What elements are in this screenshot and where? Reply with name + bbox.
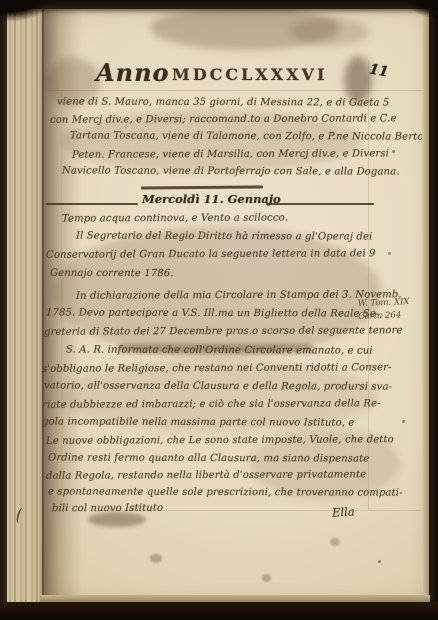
entry-line: e spontaneamente quelle sole prescrizion…: [48, 486, 403, 498]
paper-spot: [150, 554, 162, 563]
arrival-line: con Mercj div.e, e Diversi; raccomand.to…: [50, 113, 397, 126]
year-roman-numerals: MDCCLXXXVI: [172, 65, 327, 84]
photo-frame-right: [429, 0, 438, 620]
entry-line: Ordine resti fermo quanto alla Clausura,…: [48, 452, 369, 464]
entry-line: gola incompatibile nella massima parte c…: [42, 416, 355, 428]
ink-dot: [378, 560, 381, 563]
photo-frame-bottom: [0, 602, 438, 620]
entry-line: Conservatorij del Gran Ducato la seguent…: [46, 248, 376, 260]
entry-line: s'obbligano le Religiose, che restano ne…: [42, 362, 392, 375]
photo-frame-corner-tl: [0, 0, 70, 30]
arrival-line: Navicello Toscano, viene di Portoferrajo…: [62, 165, 400, 177]
ink-dot: [392, 150, 395, 153]
ink-dot: [402, 420, 405, 423]
entry-line: greteria di Stato dei 27 Decembre pros.o…: [44, 325, 403, 338]
ink-showthrough-stain: [290, 18, 370, 46]
ink-dot: [388, 252, 391, 255]
entry-line: Il Segretario del Regio Diritto hà rimes…: [76, 230, 372, 242]
photo-frame-left: [0, 0, 7, 620]
arrival-line: Tartana Toscana, viene di Talamone, con …: [70, 130, 437, 142]
folio-page-number: 11: [368, 61, 390, 80]
margin-note-line2: Carta 264: [358, 309, 410, 324]
margin-note-line1: W. Tom. XIX: [358, 296, 410, 311]
entry-line: In dichiarazione della mia Circolare in …: [76, 289, 402, 301]
year-heading-script: Anno: [96, 58, 170, 87]
entry-line: bili col nuovo Istituto: [52, 503, 163, 514]
paper-spot: [330, 538, 340, 546]
entry-line: dalla Regola, restando nella libertà d'o…: [46, 469, 366, 481]
paper-spot: [262, 574, 271, 582]
section-divider-left: [46, 203, 138, 205]
catchword: Ella: [332, 504, 355, 519]
entry-line: riate dubbiezze ed imbarazzi; e ciò che …: [42, 398, 381, 410]
entry-line: 1785. Devo partecipare a V.S. Ill.ma un …: [46, 307, 380, 319]
entry-date-heading: Mercoldì 11. Gennajo: [142, 192, 281, 206]
photo-frame-corner-tr: [398, 0, 438, 24]
ruled-line-left: [61, 90, 62, 510]
manuscript-photo: Anno MDCCLXXXVI 11 viene di S. Mauro, ma…: [0, 0, 438, 620]
arrival-line: Peten. Francese, viene di Marsilia, con …: [72, 148, 389, 160]
entry-line: Gennajo corrente 1786.: [50, 268, 174, 279]
margin-reference-note: W. Tom. XIX Carta 264: [358, 296, 411, 324]
entry-line: Le nuove obbligazioni, che Le sono state…: [46, 434, 394, 447]
section-divider-right: [266, 203, 374, 205]
entry-line: S. A. R. informata che coll'Ordine Circo…: [66, 344, 373, 356]
entry-line: Tempo acqua continova, e Vento a scilocc…: [62, 213, 288, 225]
ink-smudge: [88, 512, 146, 527]
arrival-line: viene di S. Mauro, manca 35 giorni, di M…: [57, 96, 389, 108]
ruled-line-top: [48, 90, 426, 91]
entry-line: vatorio, all'osservanza della Clausura e…: [44, 380, 392, 392]
